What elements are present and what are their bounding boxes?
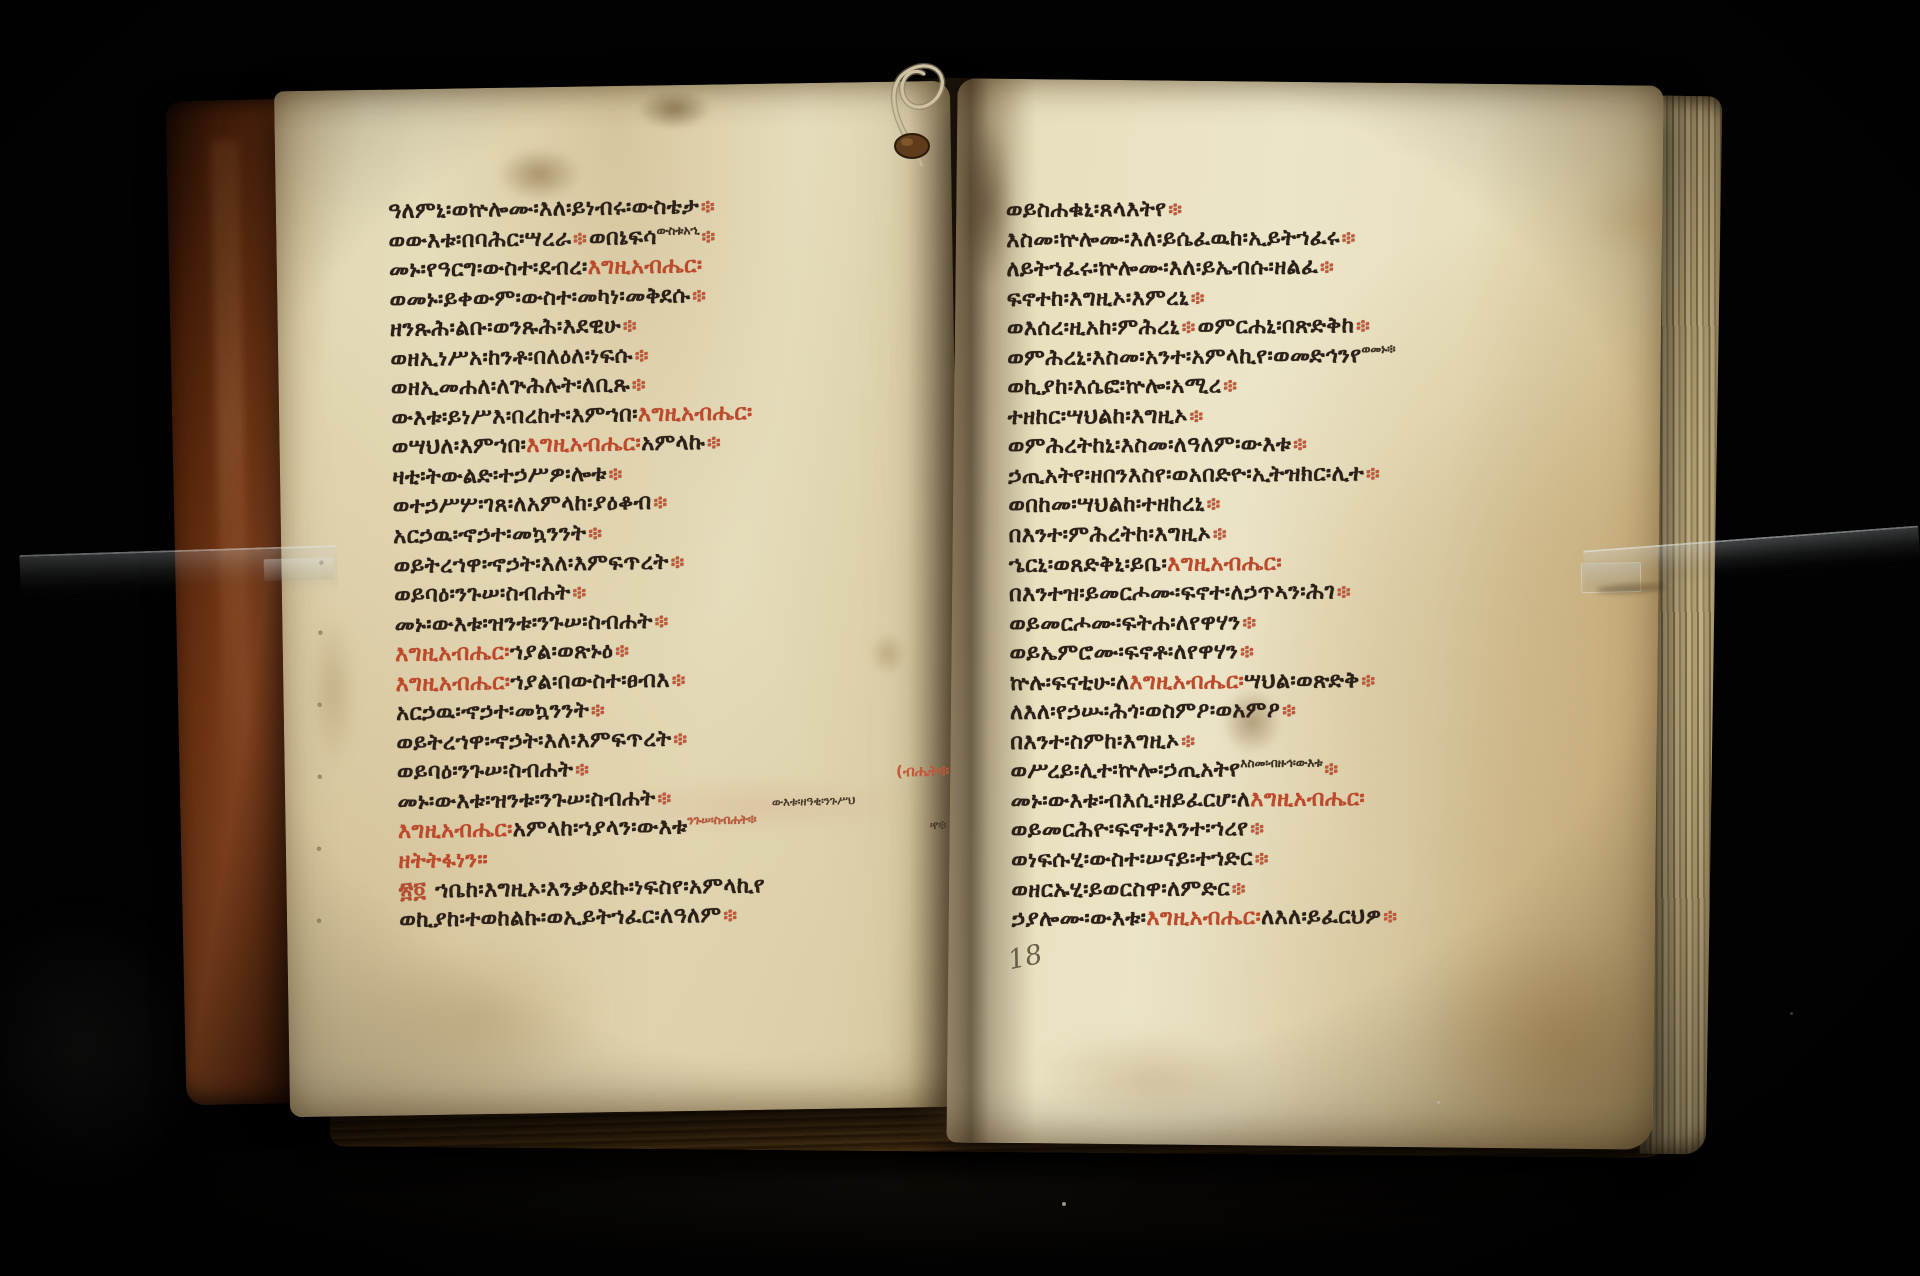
ink-text: ወዘኢነሥአ፡ከንቶ፡በለዕለ፡ነፍሱ xyxy=(390,343,633,372)
rubric-text: ፨ xyxy=(586,523,604,545)
stain xyxy=(308,610,359,771)
ink-text: በእንተዝ፡ይመርሖሙ፡ፍኖተ፡ለኃጥኣን፡ሕገ xyxy=(1009,580,1335,608)
ink-text: ወመኑ፡ይቀውም፡ውስተ፡መካነ፡መቅደሱ xyxy=(389,283,690,313)
ink-text: ኃጢአትየ፡ዘበንእስየ፡ወአበድዮ፡ኢትዝክር፡ሊተ xyxy=(1008,461,1364,489)
rubric-text: ፨ xyxy=(1291,434,1309,456)
ink-text: ወዘኢመሐለ፡ለጕሕሉት፡ለቢጹ xyxy=(391,373,630,402)
text-line: እግዚአብሔር፡አምላከ፡ኀያላን፡ውእቱንጉሠ፡ስብሐት፨ xyxy=(398,812,765,847)
rubric-text: ፨ xyxy=(1381,906,1399,928)
ink-text: አምላኩ xyxy=(641,430,705,456)
text-line: ወይኤምሮሙ፡ፍኖቶ፡ለየዋሃን፨ xyxy=(1009,636,1398,669)
rubric-text: ፳፬ xyxy=(399,878,427,903)
ink-text: ዓለምኒ፡ወኵሎሙ፡እለ፡ይነብሩ፡ውስቴታ xyxy=(388,194,699,224)
text-line: እስመ፡ኵሎሙ፡እለ፡ይሴፈዉከ፡ኢይትኀፈሩ፨ xyxy=(1006,222,1395,255)
ink-text: ለይትኀፈሩ፡ኵሎሙ፡እለ፡ይኤብሱ፡ዘልፈ xyxy=(1006,255,1318,282)
pricking-holes xyxy=(274,81,950,92)
rubric-text: ንጉሠ፡ስብሐት፨ xyxy=(687,813,756,828)
ink-text: እስመ፡ኵሎሙ፡እለ፡ይሴፈዉከ፡ኢይትኀፈሩ xyxy=(1006,225,1340,253)
ink-text: ዘንጹሕ፡ልቡ፡ወንጹሕ፡እደዊሁ xyxy=(390,314,621,343)
ink-text: ወበከመ፡ሣህልከ፡ተዘከረኒ xyxy=(1008,492,1205,519)
ink-text: ወይኤምሮሙ፡ፍኖቶ፡ለየዋሃን xyxy=(1009,639,1238,666)
ink-text: ወነፍሱሂ፡ውስተ፡ሠናይ፡ተኀድር xyxy=(1011,846,1253,873)
ink-text: ወመኑ፨ xyxy=(1361,342,1395,356)
ink-text: ውእቱ፡ይነሥእ፡በረከተ፡እምኀበ፡ xyxy=(391,402,638,431)
ink-text: ኵሉ፡ፍናቲሁ፡ለ xyxy=(1010,670,1130,696)
rubric-text: ፨ xyxy=(1188,405,1206,427)
ink-text: ወይባዕ፡ንጉሠ፡ስብሐት xyxy=(397,758,574,786)
rubric-text: ፨ xyxy=(1205,494,1223,516)
ink-text: ወሣህለ፡እምኀበ፡ xyxy=(392,433,527,460)
text-line: ኵሉ፡ፍናቲሁ፡ለእግዚአብሔር፡ሣህል፡ወጽድቅ፨ xyxy=(1010,666,1399,699)
text-line: ወሥረይ፡ሊተ፡ኵሎ፡ኃጢአትየእስመ፡ብዙኅ፡ውእቱ፨ xyxy=(1010,754,1399,787)
text-line: ለእለ፡የኃሡ፡ሕጎ፡ወስምዖ፡ወአምዖ፨ xyxy=(1010,695,1399,728)
ink-text: ወኪያከ፡እሴፎ፡ኵሎ፡አሚረ xyxy=(1007,374,1221,401)
stain xyxy=(1416,923,1663,1149)
ink-text: ወይመርሕዮ፡ፍኖተ፡እንተ፡ኀረየ xyxy=(1011,817,1249,844)
ink-text: መኑ፡ውእቱ፡ብእሲ፡ዘይፈርሆ፡ለ xyxy=(1011,787,1251,814)
ink-text: ኀያል፡ወጽኑዕ xyxy=(510,639,614,666)
marginal-gloss: ፡የ፨ xyxy=(930,818,946,833)
rubric-text: ፨ xyxy=(655,788,673,810)
rubric-text: ፨ xyxy=(633,345,651,367)
ink-text: ወበኔፍሳ xyxy=(589,224,657,250)
rubric-text: ፨ xyxy=(669,551,687,573)
rubric-text: ዘትትፋነን። xyxy=(398,848,488,874)
rubric-text: ፨ xyxy=(1364,463,1382,485)
rubric-text: ፨ xyxy=(589,700,607,722)
text-line: ወመኑ፡ይቀውም፡ውስተ፡መካነ፡መቅደሱ፨ xyxy=(389,280,756,315)
marginal-gloss: (ብሔት፨ xyxy=(896,762,949,781)
text-line: ወዘርኡሂ፡ይወርስዋ፡ለምድር፨ xyxy=(1011,873,1400,906)
rubric-text: እግዚአብሔር፡ xyxy=(1250,786,1365,812)
ink-text: ኀቤከ፡እግዚኦ፡እንቃዕደኩ፡ነፍስየ፡አምላኪየ xyxy=(435,873,765,903)
rubric-text: ፨ xyxy=(1340,227,1358,249)
rubric-text: ፨ xyxy=(630,374,648,396)
text-line: ወይስሐቁኒ፡ጸላእትየ፨ xyxy=(1006,193,1395,226)
ink-text: ወይትረኀዋ፡ኆኃት፡እለ፡እምፍጥረት xyxy=(394,549,669,578)
stain xyxy=(357,934,609,1098)
ink-text: ወምርሐኒ፡በጽድቅከ xyxy=(1198,313,1355,339)
rubric-text: እግዚአብሔር፡ xyxy=(398,818,513,845)
right-page-text: ወይስሐቁኒ፡ጸላእትየ፨እስመ፡ኵሎሙ፡እለ፡ይሴፈዉከ፡ኢይትኀፈሩ፨ለይት… xyxy=(1006,193,1400,935)
rubric-text: እግዚአብሔር፡ xyxy=(1129,669,1244,695)
ink-text: ወይትረኀዋ፡ኆኃት፡እለ፡እምፍጥረት xyxy=(396,726,671,755)
stain xyxy=(867,629,910,678)
rubric-text: እግዚአብሔር፡ xyxy=(395,670,510,697)
text-line: በእንተ፡ስምከ፡እግዚኦ፨ xyxy=(1010,725,1399,758)
ink-text: ኄርኒ፡ወጸድቅኒ፡ይቤ፡ xyxy=(1009,551,1168,577)
rubric-text: ፨ xyxy=(1280,700,1298,722)
rubric-text: ፨ xyxy=(699,225,717,247)
rubric-text: እግዚአብሔር፡ xyxy=(588,253,703,280)
ink-text: በእንተ፡ምሕረትከ፡እግዚኦ xyxy=(1009,521,1212,548)
dust-speck xyxy=(1437,1101,1440,1104)
rubric-text: ፨ xyxy=(699,196,717,218)
rubric-text: ፨ xyxy=(670,669,688,691)
ink-text: ወሥረይ፡ሊተ፡ኵሎ፡ኃጢአትየ xyxy=(1010,758,1240,785)
ink-text: ለእለ፡የኃሡ፡ሕጎ፡ወስምዖ፡ወአምዖ xyxy=(1010,698,1281,725)
text-line: ተዘከር፡ሣህልከ፡እግዚኦ፨ xyxy=(1008,400,1397,433)
rubric-text: እግዚአብሔር፡ xyxy=(526,431,641,458)
ink-text: ወይባዕ፡ንጉሠ፡ስብሐት xyxy=(394,580,571,608)
rubric-text: እግዚአብሔር፡ xyxy=(395,640,510,667)
text-line: ወይመርሕዮ፡ፍኖተ፡እንተ፡ኀረየ፨ xyxy=(1011,813,1400,846)
rubric-text: ፨ xyxy=(1354,315,1372,337)
ink-text: ወይስሐቁኒ፡ጸላእትየ xyxy=(1006,197,1167,223)
rubric-text: ፨ xyxy=(1248,818,1266,840)
ink-text: ወዘርኡሂ፡ይወርስዋ፡ለምድር xyxy=(1011,876,1230,903)
ink-text: ወእሰረ፡ዚአከ፡ምሕረኒ xyxy=(1007,315,1180,341)
text-line: ፍኖተከ፡እግዚኦ፡እምረኒ፨ xyxy=(1007,282,1396,315)
rubric-text: ፨ xyxy=(1180,317,1198,339)
ink-text: ፍኖተከ፡እግዚኦ፡እምረኒ xyxy=(1007,285,1189,311)
text-line: ወሣህለ፡እምኀበ፡እግዚአብሔር፡አምላኩ፨ xyxy=(392,428,759,463)
rubric-text: ፨ xyxy=(1230,878,1248,900)
ink-text: ሣህል፡ወጽድቅ xyxy=(1244,668,1360,694)
ink-text: ወውእቱ፡በባሕር፡ሣረራ xyxy=(388,226,571,254)
text-line: ኄርኒ፡ወጸድቅኒ፡ይቤ፡እግዚአብሔር፡ xyxy=(1009,548,1398,581)
ink-text: እስመ፡ብዙኅ፡ውእቱ xyxy=(1240,756,1322,771)
left-page-text: ዓለምኒ፡ወኵሎሙ፡እለ፡ይነብሩ፡ውስቴታ፨ወውእቱ፡በባሕር፡ሣረራ፨ወበኔ… xyxy=(388,191,766,935)
text-line: መኑ፡ውእቱ፡ብእሲ፡ዘይፈርሆ፡ለእግዚአብሔር፡ xyxy=(1011,784,1400,817)
ink-text: ወኪያከ፡ተወከልኩ፡ወኢይትኀፈር፡ለዓለም xyxy=(399,903,722,933)
rubric-text: ፨ xyxy=(671,728,689,750)
rubric-text: ፨ xyxy=(690,285,708,307)
text-line: ወምሕረትከኒ፡እስመ፡ለዓለም፡ውእቱ፨ xyxy=(1008,429,1397,462)
stain xyxy=(1031,1029,1262,1126)
rubric-text: እግዚአብሔር፡ xyxy=(1167,550,1282,576)
text-line: ወኪያከ፡እሴፎ፡ኵሎ፡አሚረ፨ xyxy=(1007,370,1396,403)
ink-text: ውስቱአኂ xyxy=(657,223,700,238)
text-line: ወይመርሖሙ፡ፍትሐ፡ለየዋሃን፨ xyxy=(1009,607,1398,640)
text-line: ወኪያከ፡ተወከልኩ፡ወኢይትኀፈር፡ለዓለም፨ xyxy=(399,900,766,935)
rubric-text: ፨ xyxy=(1166,199,1184,221)
stain xyxy=(1576,169,1664,265)
rubric-text: ፨ xyxy=(1359,670,1377,692)
rubric-text: ፨ xyxy=(1179,730,1197,752)
rubric-text: ፨ xyxy=(1335,581,1353,603)
rubric-text: ፨ xyxy=(570,582,588,604)
rubric-text: ፨ xyxy=(1323,759,1341,781)
text-line: ለይትኀፈሩ፡ኵሎሙ፡እለ፡ይኤብሱ፡ዘልፈ፨ xyxy=(1006,252,1395,285)
rubric-text: ፨ xyxy=(1253,848,1271,870)
rubric-text: ፨ xyxy=(653,610,671,632)
ink-text: ተዘከር፡ሣህልከ፡እግዚኦ xyxy=(1008,403,1188,429)
rubric-text: እግዚአብሔር፡ xyxy=(638,400,753,427)
text-line: ወእሰረ፡ዚአከ፡ምሕረኒ፨ወምርሐኒ፡በጽድቅከ፨ xyxy=(1007,311,1396,344)
dust-speck xyxy=(1062,1202,1066,1206)
text-line: በእንተ፡ምሕረትከ፡እግዚኦ፨ xyxy=(1009,518,1398,551)
rubric-text: ፨ xyxy=(1238,641,1256,663)
ink-text: መኑ፡ውእቱ፡ዝንቱ፡ንጉሠ፡ስብሐት xyxy=(397,786,655,815)
text-line: ኃያሎሙ፡ውእቱ፡እግዚአብሔር፡ለእለ፡ይፈርህዎ፨ xyxy=(1012,902,1401,935)
rubric-text: ፨ xyxy=(1318,257,1336,279)
ink-text: ዛቲ፡ትውልድ፡ተኃሥዎ፡ሎቱ xyxy=(392,462,607,490)
ink-text: አርኃዉ፡ኆኃተ፡መኳንንት xyxy=(396,698,589,726)
rubric-text: ፨ xyxy=(705,432,723,454)
manuscript-photo: ዓለምኒ፡ወኵሎሙ፡እለ፡ይነብሩ፡ውስቴታ፨ወውእቱ፡በባሕር፡ሣረራ፨ወበኔ… xyxy=(0,0,1920,1276)
rubric-text: ፨ xyxy=(1240,612,1258,634)
rubric-text: ፨ xyxy=(721,905,739,927)
rubric-text: ፨ xyxy=(1189,287,1207,309)
bookmark-cord-icon xyxy=(852,16,992,176)
rubric-text: ፨ xyxy=(613,640,631,662)
ink-text: ወምሕረትከኒ፡እስመ፡ለዓለም፡ውእቱ xyxy=(1008,432,1292,459)
rubric-text: ፨ xyxy=(1211,523,1229,545)
rubric-text: ፨ xyxy=(607,463,625,485)
stain xyxy=(634,86,715,131)
rubric-text: ፨ xyxy=(621,315,639,337)
ink-text: መኑ፡የዓርግ፡ውስተ፡ደብረ፡ xyxy=(389,255,588,283)
ink-text: መኑ፡ውእቱ፡ዝንቱ፡ንጉሠ፡ስብሐት xyxy=(395,609,653,638)
text-line: ወበከመ፡ሣህልከ፡ተዘከረኒ፨ xyxy=(1008,488,1397,521)
text-line: ወነፍሱሂ፡ውስተ፡ሠናይ፡ተኀድር፨ xyxy=(1011,843,1400,876)
ink-text: አምላከ፡ኀያላን፡ውእቱ xyxy=(513,815,688,843)
dust-speck xyxy=(1790,1012,1793,1015)
marginal-gloss: ውእቱ፡ዘዓቂ፡ንጉሥህ xyxy=(772,793,856,810)
rubric-text: ፨ xyxy=(573,759,591,781)
ink-text: ወምሕረኒ፡እስመ፡አንተ፡አምላኪየ፡ወመድኅንየ xyxy=(1007,343,1361,371)
rubric-text: ፨ xyxy=(571,227,589,249)
ink-text: ለእለ፡ይፈርህዎ xyxy=(1261,904,1381,930)
rubric-text: ፨ xyxy=(652,492,670,514)
ink-text: በእንተ፡ስምከ፡እግዚኦ xyxy=(1010,728,1179,754)
ink-text: ወተኃሥሦ፡ገጸ፡ለአምላከ፡ያዕቆብ xyxy=(393,490,652,519)
ink-text: አርኃዉ፡ኆኃተ፡መኳንንት xyxy=(393,521,586,549)
ink-text: ኀያል፡በውስተ፡ፀብእ xyxy=(510,667,670,695)
rubric-text: እግዚአብሔር፡ xyxy=(1146,905,1261,931)
text-line: ወምሕረኒ፡እስመ፡አንተ፡አምላኪየ፡ወመድኅንየወመኑ፨ xyxy=(1007,341,1396,374)
ink-text: ኃያሎሙ፡ውእቱ፡ xyxy=(1012,906,1147,932)
text-line: በእንተዝ፡ይመርሖሙ፡ፍኖተ፡ለኃጥኣን፡ሕገ፨ xyxy=(1009,577,1398,610)
text-line: ኃጢአትየ፡ዘበንእስየ፡ወአበድዮ፡ኢትዝክር፡ሊተ፨ xyxy=(1008,459,1397,492)
ink-text: ወይመርሖሙ፡ፍትሐ፡ለየዋሃን xyxy=(1009,610,1240,637)
rubric-text: ፨ xyxy=(1221,375,1239,397)
